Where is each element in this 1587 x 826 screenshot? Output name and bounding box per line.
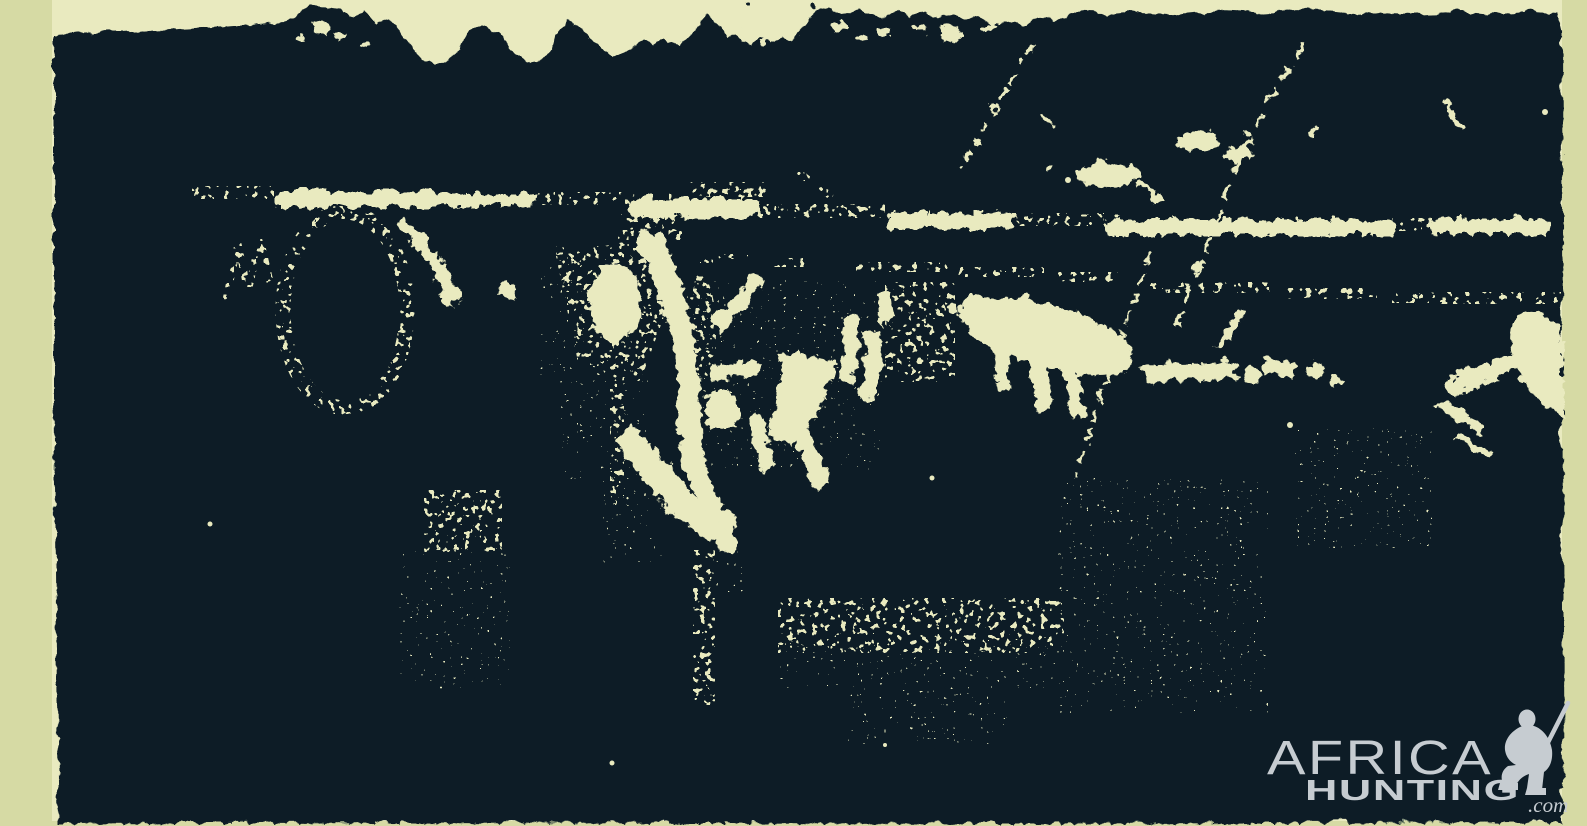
brand-text-hunting: HUNTING bbox=[1305, 775, 1520, 807]
screenshot-root: AFRICA HUNTING .com bbox=[0, 0, 1587, 826]
brand-text-com: .com bbox=[1528, 793, 1568, 817]
sky-fleck bbox=[810, 2, 815, 7]
sky-fleck bbox=[743, 1, 747, 5]
duotone-photo-image: AFRICA HUNTING .com bbox=[0, 0, 1587, 826]
